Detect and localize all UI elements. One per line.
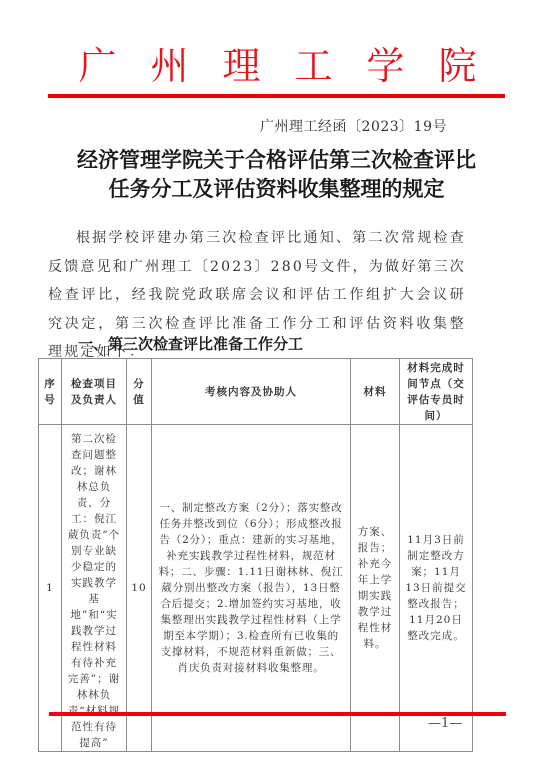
- cell-no: 1: [39, 425, 62, 752]
- title-line-2: 任务分工及评估资料收集整理的规定: [0, 175, 553, 204]
- cell-score: 10: [127, 425, 152, 752]
- task-assignment-table: 序号 检查项目及负责人 分值 考核内容及协助人 材料 材料完成时间节点（交评估专…: [38, 358, 473, 752]
- org-masthead: 广州理工学院: [0, 42, 553, 90]
- section-heading: 一、第三次检查评比准备工作分工: [78, 333, 303, 354]
- document-number: 广州理工经函〔2023〕19号: [260, 116, 447, 136]
- cell-content: 一、制定整改方案（2分）；落实整改任务并整改到位（6分）；形成整改报告（2分）；…: [152, 425, 351, 752]
- header-deadline: 材料完成时间节点（交评估专员时间）: [400, 359, 473, 425]
- cell-material: 方案、报告；补充今年上学期实践教学过程性材料。: [351, 425, 400, 752]
- document-title: 经济管理学院关于合格评估第三次检查评比 任务分工及评估资料收集整理的规定: [0, 146, 553, 204]
- header-content: 考核内容及协助人: [152, 359, 351, 425]
- table-row: 1 第二次检查问题整改；谢林林总负责，分工：倪江葳负责“个别专业缺少稳定的实践教…: [39, 425, 473, 752]
- cell-deadline: 11月3日前制定整改方案；11月13日前提交整改报告；11月20日整改完成。: [400, 425, 473, 752]
- header-material: 材料: [351, 359, 400, 425]
- header-item: 检查项目及负责人: [62, 359, 127, 425]
- cell-item: 第二次检查问题整改；谢林林总负责，分工：倪江葳负责“个别专业缺少稳定的实践教学基…: [62, 425, 127, 752]
- table-header-row: 序号 检查项目及负责人 分值 考核内容及协助人 材料 材料完成时间节点（交评估专…: [39, 359, 473, 425]
- header-no: 序号: [39, 359, 62, 425]
- header-red-rule: [48, 94, 505, 98]
- title-line-1: 经济管理学院关于合格评估第三次检查评比: [0, 146, 553, 175]
- page-number: —1—: [428, 716, 462, 731]
- header-score: 分值: [127, 359, 152, 425]
